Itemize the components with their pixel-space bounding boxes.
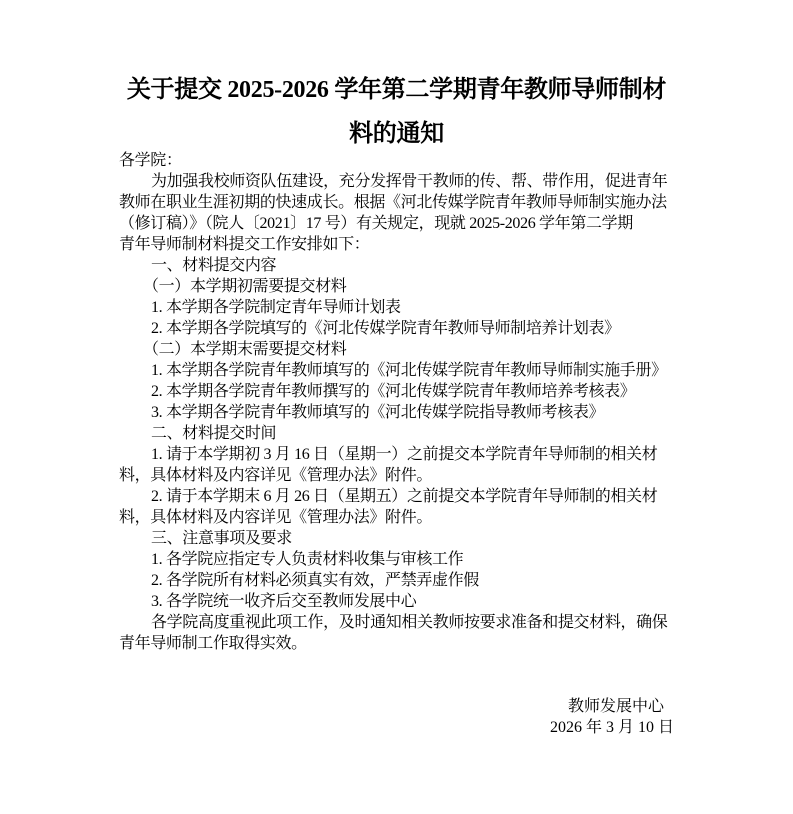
list-item: 1. 本学期各学院制定青年导师计划表	[119, 297, 679, 318]
intro-paragraph-line: （修订稿）》（院人〔2021〕17 号）有关规定，现就 2025-2026 学年…	[119, 213, 679, 234]
closing-paragraph-line: 各学院高度重视此项工作，及时通知相关教师按要求准备和提交材料，确保	[119, 612, 679, 633]
closing-paragraph-line: 青年导师制工作取得实效。	[119, 633, 679, 654]
list-item: 2. 请于本学期末 6 月 26 日（星期五）之前提交本学院青年导师制的相关材	[119, 486, 679, 507]
list-item: 1. 请于本学期初 3 月 16 日（星期一）之前提交本学院青年导师制的相关材	[119, 444, 679, 465]
intro-paragraph-line: 为加强我校师资队伍建设，充分发挥骨干教师的传、帮、带作用，促进青年	[119, 171, 679, 192]
section-heading: 一、材料提交内容	[119, 255, 679, 276]
subsection-heading: （一）本学期初需要提交材料	[119, 276, 679, 297]
list-item: 2. 本学期各学院填写的《河北传媒学院青年教师导师制培养计划表》	[119, 318, 679, 339]
list-item: 2. 各学院所有材料必须真实有效，严禁弄虚作假	[119, 570, 679, 591]
signature-date: 2026 年 3 月 10 日	[550, 717, 674, 738]
list-item: 1. 本学期各学院青年教师填写的《河北传媒学院青年教师导师制实施手册》	[119, 360, 679, 381]
document-title-line-2: 料的通知	[0, 119, 793, 149]
section-heading: 三、注意事项及要求	[119, 528, 679, 549]
list-item-continuation: 料，具体材料及内容详见《管理办法》附件。	[119, 465, 679, 486]
list-item: 3. 各学院统一收齐后交至教师发展中心	[119, 591, 679, 612]
salutation: 各学院：	[119, 150, 679, 171]
document-page: 关于提交 2025-2026 学年第二学期青年教师导师制材 料的通知 各学院： …	[0, 0, 793, 814]
signature-organization: 教师发展中心	[568, 696, 664, 717]
list-item-continuation: 料，具体材料及内容详见《管理办法》附件。	[119, 507, 679, 528]
list-item: 2. 本学期各学院青年教师撰写的《河北传媒学院青年教师培养考核表》	[119, 381, 679, 402]
intro-paragraph-line: 青年导师制材料提交工作安排如下：	[119, 234, 679, 255]
document-title-line-1: 关于提交 2025-2026 学年第二学期青年教师导师制材	[0, 75, 793, 105]
subsection-heading: （二）本学期末需要提交材料	[119, 339, 679, 360]
list-item: 3. 本学期各学院青年教师填写的《河北传媒学院指导教师考核表》	[119, 402, 679, 423]
list-item: 1. 各学院应指定专人负责材料收集与审核工作	[119, 549, 679, 570]
document-body: 各学院： 为加强我校师资队伍建设，充分发挥骨干教师的传、帮、带作用，促进青年 教…	[119, 150, 679, 654]
intro-paragraph-line: 教师在职业生涯初期的快速成长。根据《河北传媒学院青年教师导师制实施办法	[119, 192, 679, 213]
section-heading: 二、材料提交时间	[119, 423, 679, 444]
